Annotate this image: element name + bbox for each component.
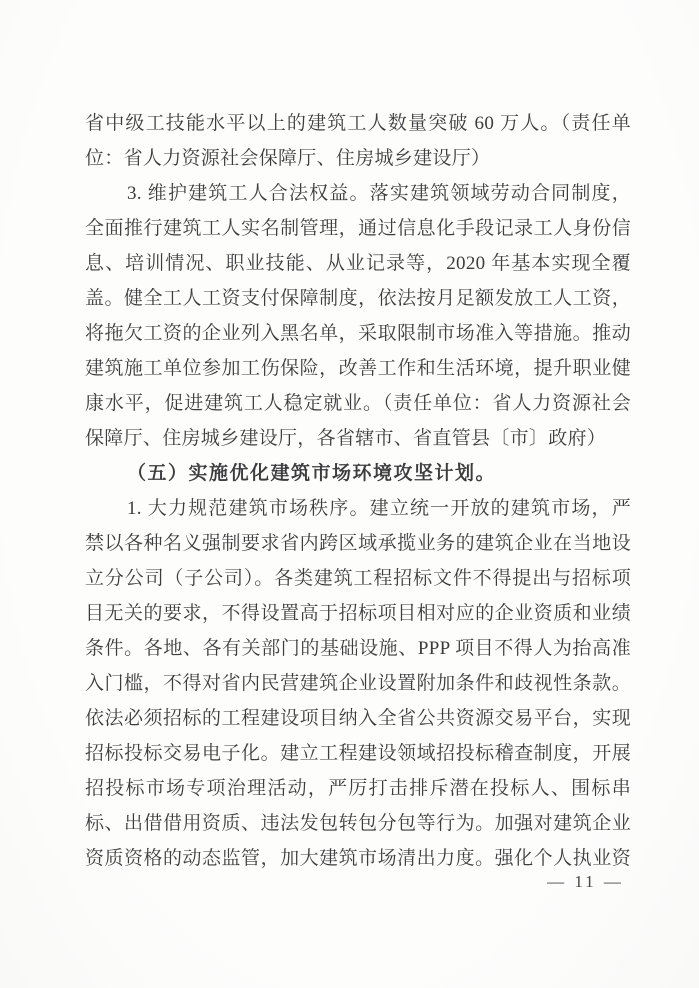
text-line: 省中级工技能水平以上的建筑工人数量突破 60 万人。（责任单 — [85, 106, 631, 141]
text-line: 建筑施工单位参加工伤保险，改善工作和生活环境，提升职业健 — [85, 351, 631, 386]
text-line: 1. 大力规范建筑市场秩序。建立统一开放的建筑市场，严 — [85, 491, 631, 526]
text-line: 依法必须招标的工程建设项目纳入全省公共资源交易平台，实现 — [85, 701, 631, 736]
text-line: 禁以各种名义强制要求省内跨区域承揽业务的建筑企业在当地设 — [85, 526, 631, 561]
text-line: 康水平，促进建筑工人稳定就业。（责任单位：省人力资源社会 — [85, 386, 631, 421]
text-line: 将拖欠工资的企业列入黑名单，采取限制市场准入等措施。推动 — [85, 316, 631, 351]
text-line: 立分公司（子公司）。各类建筑工程招标文件不得提出与招标项 — [85, 561, 631, 596]
page-number: — 11 — — [523, 867, 648, 897]
text-line: 招投标市场专项治理活动，严厉打击排斥潜在投标人、围标串 — [85, 771, 631, 806]
text-line: 盖。健全工人工资支付保障制度，依法按月足额发放工人工资， — [85, 281, 631, 316]
text-line: 标、出借借用资质、违法发包转包分包等行为。加强对建筑企业 — [85, 806, 631, 841]
text-line: 招标投标交易电子化。建立工程建设领域招投标稽查制度，开展 — [85, 736, 631, 771]
text-line: 条件。各地、各有关部门的基础设施、PPP 项目不得人为抬高准 — [85, 631, 631, 666]
text-line: 息、培训情况、职业技能、从业记录等，2020 年基本实现全覆 — [85, 246, 631, 281]
text-line: 目无关的要求，不得设置高于招标项目相对应的企业资质和业绩 — [85, 596, 631, 631]
text-line: 3. 维护建筑工人合法权益。落实建筑领域劳动合同制度， — [85, 176, 631, 211]
section-heading-line: （五）实施优化建筑市场环境攻坚计划。 — [85, 456, 631, 491]
text-line: 位：省人力资源社会保障厅、住房城乡建设厅） — [85, 141, 631, 176]
text-line: 全面推行建筑工人实名制管理，通过信息化手段记录工人身份信 — [85, 211, 631, 246]
scanned-document-page: 省中级工技能水平以上的建筑工人数量突破 60 万人。（责任单 位：省人力资源社会… — [0, 0, 699, 988]
text-line: 入门槛，不得对省内民营建筑企业设置附加条件和歧视性条款。 — [85, 666, 631, 701]
document-body: 省中级工技能水平以上的建筑工人数量突破 60 万人。（责任单 位：省人力资源社会… — [85, 106, 631, 876]
text-line: 保障厅、住房城乡建设厅，各省辖市、省直管县〔市〕政府） — [85, 421, 631, 456]
